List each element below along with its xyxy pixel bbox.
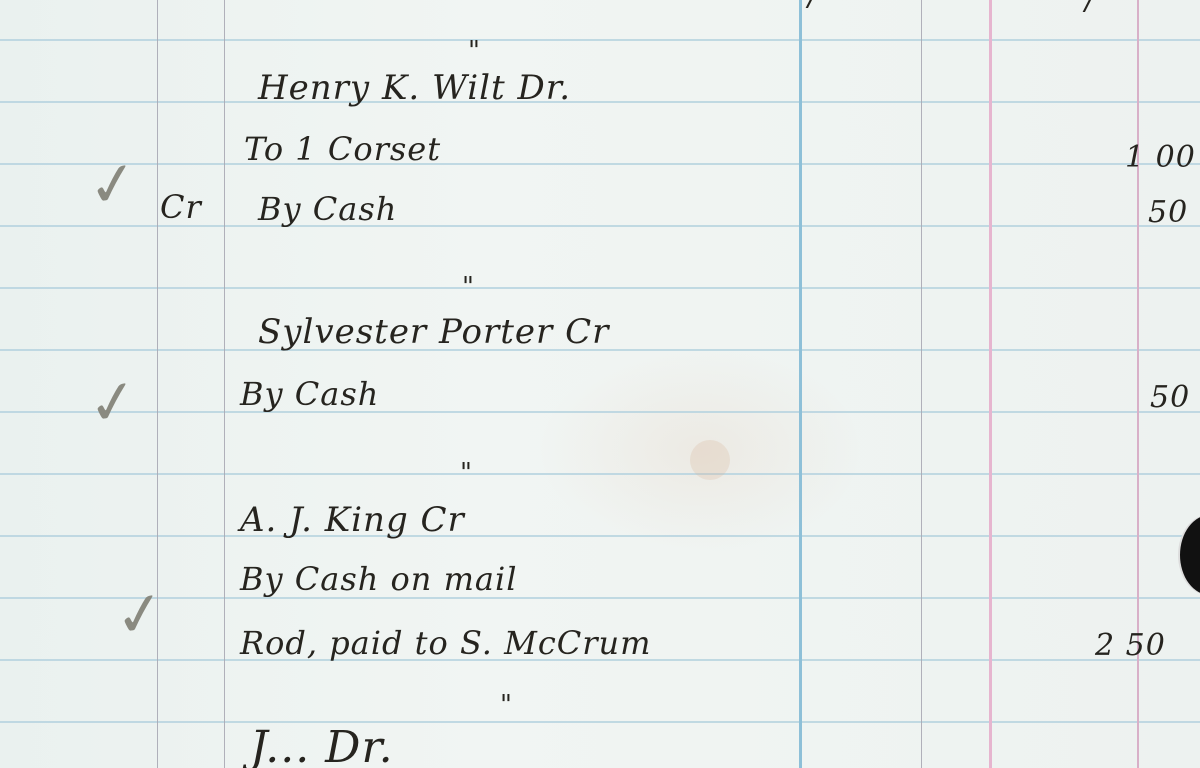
entry-title: J... Dr. xyxy=(250,722,394,768)
ruled-line xyxy=(0,101,1200,103)
entry-line: By Cash on mail xyxy=(240,560,517,598)
top-mark: / xyxy=(808,0,819,13)
description-column-line xyxy=(799,0,802,768)
ruled-line xyxy=(0,597,1200,599)
top-mark: / xyxy=(1085,0,1096,17)
folio-column-line xyxy=(921,0,922,768)
entry-line: Rod, paid to S. McCrum xyxy=(240,624,651,662)
ditto-mark: " xyxy=(462,272,475,302)
entry-amount: 50 xyxy=(1148,195,1188,230)
entry-title: A. J. King Cr xyxy=(240,500,465,540)
entry-line: By Cash xyxy=(258,190,397,228)
entry-amount: 1 00 xyxy=(1125,140,1196,175)
paper-stain xyxy=(690,440,730,480)
ruled-line xyxy=(0,721,1200,723)
check-mark-icon: ✓ xyxy=(110,577,170,653)
ruled-line xyxy=(0,473,1200,475)
ruled-line xyxy=(0,535,1200,537)
margin-line-left xyxy=(157,0,158,768)
margin-note: Cr xyxy=(160,188,202,226)
entry-amount: 2 50 xyxy=(1095,628,1166,663)
ditto-mark: " xyxy=(500,690,513,720)
ruled-line xyxy=(0,163,1200,165)
check-mark-icon: ✓ xyxy=(83,147,143,223)
entry-title: Henry K. Wilt Dr. xyxy=(258,68,571,108)
entry-line: By Cash xyxy=(240,375,379,413)
ruled-line xyxy=(0,39,1200,41)
entry-amount: 50 xyxy=(1150,380,1190,415)
entry-line: To 1 Corset xyxy=(244,130,441,168)
check-mark-icon: ✓ xyxy=(83,365,143,441)
ruled-line xyxy=(0,287,1200,289)
ditto-mark: " xyxy=(468,36,481,66)
ledger-page: / / " Henry K. Wilt Dr. To 1 Corset 1 00… xyxy=(0,0,1200,768)
ditto-mark: " xyxy=(460,458,473,488)
binder-hole xyxy=(1180,515,1200,595)
entry-title: Sylvester Porter Cr xyxy=(258,312,609,352)
ruled-line xyxy=(0,411,1200,413)
debit-column-line xyxy=(989,0,992,768)
margin-line-right xyxy=(224,0,225,768)
